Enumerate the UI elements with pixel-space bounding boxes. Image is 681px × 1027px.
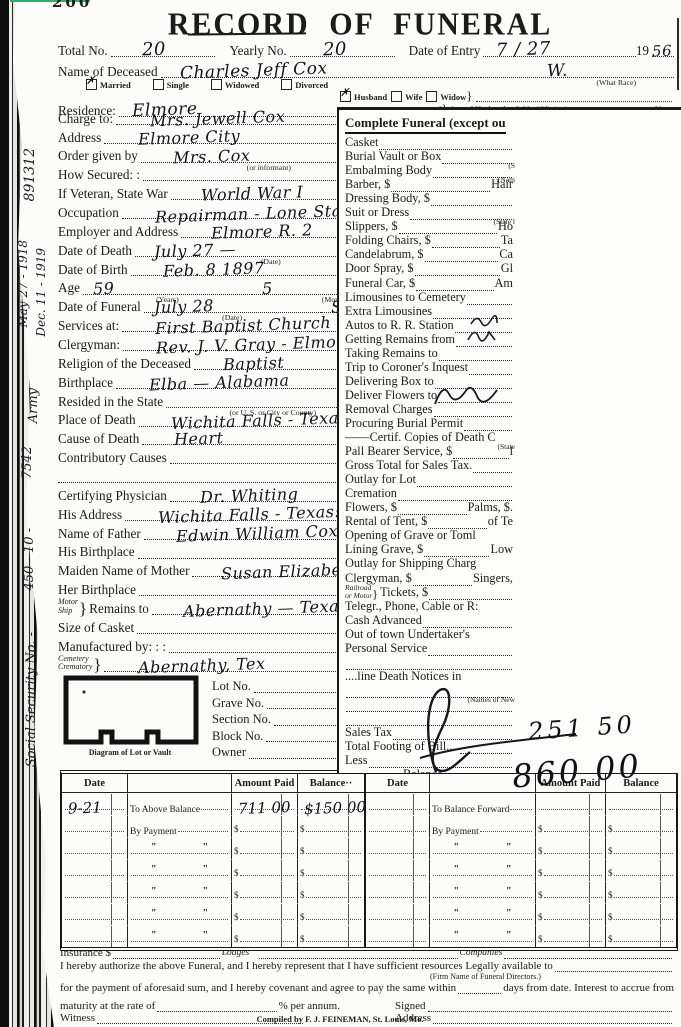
ledger-amount-cell: $ xyxy=(536,815,606,837)
charge-label: Limousines to Cemetery xyxy=(345,290,466,305)
ditto-marks: "" xyxy=(128,908,231,919)
ditto-marks: "" xyxy=(430,908,535,919)
ledger-amount-cell: $ xyxy=(536,903,606,925)
ledger-date-cell xyxy=(366,925,430,947)
margin-note-ssn-part: 450 - 10 - xyxy=(22,528,37,591)
leader-dots xyxy=(306,824,362,832)
ledger-date-cell xyxy=(366,903,430,925)
dollar-sign: $ xyxy=(300,868,305,878)
leader-dots xyxy=(369,824,426,832)
checkbox-option: ✗Married xyxy=(86,79,131,90)
ditto-marks: "" xyxy=(128,842,231,853)
leader-dots xyxy=(369,934,426,942)
leader-dots xyxy=(369,802,426,810)
charge-label: Outlay for Lot xyxy=(345,472,416,487)
ledger-balance-cell: $ xyxy=(606,859,676,881)
margin-note-branch: Army xyxy=(26,388,41,423)
checkbox: ✗ xyxy=(340,91,351,102)
charge-label: Casket xyxy=(345,135,378,150)
lot-row: Grave No. xyxy=(212,693,348,710)
ledger-description: To Balance Forward xyxy=(432,805,509,815)
dollar-sign: $ xyxy=(538,846,543,856)
authorization-line-2: for the payment of aforesaid sum, and I … xyxy=(60,982,674,994)
leader-dots xyxy=(614,934,674,942)
handwritten-entry: Heart xyxy=(174,429,224,450)
ledger-description-cell: "" xyxy=(128,925,232,947)
leader-dots xyxy=(65,824,124,832)
ledger-balance-cell: $150 00 xyxy=(298,793,364,815)
handwritten-entry: World War I xyxy=(201,183,304,206)
charge-line: Procuring Burial Permit xyxy=(345,417,513,431)
dotted-entry-line xyxy=(254,678,348,693)
handwritten-amount: 711 00 xyxy=(238,798,291,818)
dollar-sign: $ xyxy=(608,890,613,900)
charge-label: Deliver Flowers to xyxy=(345,388,437,403)
dollar-sign: $ xyxy=(538,934,543,944)
ledger-amount-cell: $ xyxy=(232,881,298,903)
charge-label-tail: Singers, xyxy=(473,571,513,586)
field-label: Address xyxy=(58,131,104,144)
charge-label: Outlay for Shipping Charg xyxy=(345,556,476,571)
lot-number-rows: Lot No.Grave No.Section No.Block No.Owne… xyxy=(212,676,348,759)
ledger-balance-cell: $ xyxy=(298,815,364,837)
checkbox-label: Husband xyxy=(354,92,387,102)
ledger-balance-cell: $ xyxy=(298,903,364,925)
firm-name-sublabel: (Firm Name of Funeral Directors.) xyxy=(430,972,541,981)
dollar-sign: $ xyxy=(234,890,239,900)
field-label: Total No. xyxy=(58,44,111,57)
ledger-balance-cell: $ xyxy=(298,925,364,947)
charge-label: Cash Advanced xyxy=(345,613,422,628)
ledger-column-header: Date xyxy=(62,774,128,793)
field-label: Signed xyxy=(395,1000,426,1012)
ledger-date-cell: 9-21 xyxy=(62,793,128,815)
charge-line: Flowers, $Palms, $. xyxy=(345,501,513,515)
lot-row: Lot No. xyxy=(212,676,348,693)
field-label: Block No. xyxy=(212,730,266,743)
handwritten-entry: Elmore City xyxy=(138,126,241,149)
ledger-date-cell xyxy=(62,925,128,947)
ledger-amount-cell xyxy=(536,793,606,815)
field-label: His Address xyxy=(58,508,125,521)
ledger-amount-cell: $ xyxy=(536,859,606,881)
charge-label: Autos to R. R. Station xyxy=(345,318,454,333)
scan-binding-edge-dark xyxy=(0,0,9,1027)
charge-label: Cremation xyxy=(345,486,397,501)
charge-line: Personal Service xyxy=(345,642,513,656)
spouse-checkboxes: ✗HusbandWifeWidow xyxy=(340,91,466,102)
leader-dots xyxy=(480,824,532,832)
leader-dots xyxy=(178,824,228,832)
charge-line xyxy=(345,656,513,670)
leader-dots xyxy=(479,604,512,614)
ledger-date-cell xyxy=(62,837,128,859)
charge-label: Telegr., Phone, Cable or R: xyxy=(345,599,478,614)
charge-label: Lining Grave, $ xyxy=(345,542,423,557)
field-label: Address xyxy=(395,1012,431,1024)
lot-row: Section No. xyxy=(212,709,348,726)
leader-dots xyxy=(306,912,362,920)
itemized-charges-list: Complete Funeral (except ou CasketBurial… xyxy=(345,114,513,773)
charge-label: Slippers, $ xyxy=(345,219,398,234)
field-sublabel: (State l xyxy=(494,217,515,226)
ledger-description-cell: "" xyxy=(128,859,232,881)
checkbox-mark: ✗ xyxy=(86,74,95,87)
ledger-amount-cell: $ xyxy=(536,925,606,947)
lot-row: Owner xyxy=(212,742,348,759)
dollar-sign: $ xyxy=(608,824,613,834)
entry-numbers-row: Total No. 20 Yearly No. 20 Date of Entry… xyxy=(58,36,674,57)
dotted-entry-line: July 28(Date) xyxy=(144,298,321,313)
field-label: Place of Death xyxy=(58,413,139,426)
field-label: Size of Casket xyxy=(58,621,137,634)
field-label: Services at: xyxy=(58,319,122,332)
dollar-sign: $ xyxy=(538,868,543,878)
margin-note-service-date: Dec. 11 - 1919 xyxy=(34,248,48,337)
field-label: Age xyxy=(58,281,83,294)
leader-dots xyxy=(539,802,602,810)
dollar-sign: $ xyxy=(300,824,305,834)
leader-dots xyxy=(614,824,674,832)
charge-line: Cremation xyxy=(345,487,513,501)
charge-label: Opening of Grave or Toml xyxy=(345,528,476,543)
dollar-sign: $ xyxy=(538,912,543,922)
charge-line: Outlay for Shipping Charg xyxy=(345,557,513,571)
leader-dots xyxy=(417,476,512,487)
ledger-amount-cell: $ xyxy=(536,881,606,903)
checkbox: ✗ xyxy=(86,79,97,90)
charge-label-tail: Palms, $. xyxy=(468,500,513,515)
leader-dots xyxy=(467,294,512,305)
leader-dots xyxy=(544,846,603,854)
leader-dots xyxy=(240,912,295,920)
margin-note-service-date: May 27 - 1918 xyxy=(16,240,30,328)
ledger-balance-cell: $ xyxy=(298,859,364,881)
charge-label: Personal Service xyxy=(345,641,427,656)
ditto-marks: "" xyxy=(430,930,535,941)
legal-text: for the payment of aforesaid sum, and I … xyxy=(60,982,456,994)
charge-label: Door Spray, $ xyxy=(345,261,414,276)
leader-dots xyxy=(306,868,362,876)
charge-label: Trip to Coroner's Inquest xyxy=(345,360,468,375)
field-label: Contributory Causes xyxy=(58,451,170,464)
charge-label-tail: Low xyxy=(490,542,513,557)
leader-dots xyxy=(544,868,603,876)
field-label: If Veteran, State War xyxy=(58,187,171,200)
field-label: Yearly No. xyxy=(215,44,289,57)
field-sublabel: (or informant) xyxy=(247,163,291,172)
leader-dots xyxy=(240,846,295,854)
field-label: Grave No. xyxy=(212,697,267,710)
ledger-balance-cell xyxy=(606,793,676,815)
ledger-balance-cell: $ xyxy=(298,881,364,903)
lot-vault-diagram xyxy=(62,674,200,748)
dollar-sign: $ xyxy=(300,846,305,856)
charge-line: Funeral Car, $Am xyxy=(345,276,513,290)
leader-dots xyxy=(369,912,426,920)
ditto-marks: "" xyxy=(128,886,231,897)
checkbox xyxy=(153,79,164,90)
scanned-funeral-record-page: 200 RECORD OF FUNERAL Total No. 20 Yearl… xyxy=(0,0,681,1027)
field-label: Owner xyxy=(212,746,249,759)
dollar-sign: $ xyxy=(234,934,239,944)
charge-label-tail: Gl xyxy=(501,261,513,276)
charge-label: Burial Vault or Box xyxy=(345,149,441,164)
dollar-sign: $ xyxy=(608,846,613,856)
charge-label: Folding Chairs, $ xyxy=(345,233,431,248)
leader-dots xyxy=(614,846,674,854)
leader-dots xyxy=(544,890,603,898)
field-label: His Birthplace xyxy=(58,545,138,558)
handwritten-entry: July 27 — xyxy=(154,239,237,261)
dollar-sign: $ xyxy=(538,890,543,900)
dollar-sign: $ xyxy=(300,890,305,900)
ledger-balance-cell: $ xyxy=(606,881,676,903)
dotted-entry-line: 59(Years) xyxy=(83,280,252,295)
ledger-balance-cell: $ xyxy=(606,925,676,947)
leader-dots xyxy=(614,912,674,920)
brace: } xyxy=(93,658,103,672)
leader-dots xyxy=(544,912,603,920)
charge-label: Barber, $ xyxy=(345,177,390,192)
checkbox-option: Wife xyxy=(391,91,422,102)
witness-line: Witness xyxy=(60,1012,305,1024)
charge-line: Dressing Body, $ xyxy=(345,192,513,206)
charge-line: Trip to Coroner's Inquest xyxy=(345,361,513,375)
leader-dots xyxy=(469,364,512,375)
charge-line: Opening of Grave or Toml xyxy=(345,529,513,543)
checkbox-label: Widow xyxy=(440,92,466,102)
legal-text: I hereby authorize the above Funeral, an… xyxy=(60,960,553,972)
handwritten-entry: Feb. 8 1897 xyxy=(163,258,265,281)
charge-label: Out of town Undertaker's xyxy=(345,627,470,642)
charge-line: Pall Bearer Service, $l xyxy=(345,445,513,459)
charge-label: Pall Bearer Service, $ xyxy=(345,444,452,459)
charge-line: Casket xyxy=(345,136,513,150)
charge-line: Lining Grave, $Low xyxy=(345,543,513,557)
ditto-marks: "" xyxy=(430,864,535,875)
ledger-description-cell: "" xyxy=(430,837,536,859)
marital-status-checkboxes: ✗MarriedSingleWidowedDivorced xyxy=(58,78,674,91)
ledger-column-header xyxy=(128,774,232,793)
checkbox xyxy=(391,91,402,102)
field-label: Date of Death xyxy=(58,244,135,257)
charge-label: Rental of Tent, $ xyxy=(345,514,427,529)
handwritten-entry: Mrs. Cox xyxy=(173,145,251,167)
field-label: Date of Funeral xyxy=(58,300,144,313)
ledger-amount-cell: $ xyxy=(232,903,298,925)
charge-line: Burial Vault or Box(S xyxy=(345,150,513,164)
dotted-entry-line xyxy=(266,727,348,742)
leader-dots xyxy=(442,153,512,164)
charge-label: Sales Tax xyxy=(345,725,392,740)
dollar-sign: $ xyxy=(300,912,305,922)
handwritten-entry: 20 xyxy=(323,39,348,61)
legal-text: maturity at the rate of xyxy=(60,1000,155,1012)
checkbox xyxy=(426,91,437,102)
leader-dots xyxy=(415,265,500,276)
ledger-column-header: Amount Paid xyxy=(232,774,298,793)
ledger-description-cell: To Above Balance xyxy=(128,793,232,815)
charge-label-tail: Ca xyxy=(499,247,513,262)
lot-diagram-area: Diagram of Lot or Vault Lot No.Grave No.… xyxy=(60,674,350,764)
margin-note-ssn-part: 7542 xyxy=(20,446,35,479)
charge-label-tail: Am xyxy=(495,276,513,291)
ditto-marks: "" xyxy=(430,842,535,853)
year-prefix: 19 xyxy=(636,44,652,57)
lot-row: Block No. xyxy=(212,726,348,743)
leader-dots xyxy=(240,824,295,832)
handwritten-entry: 7 / 27 xyxy=(495,38,551,61)
handwritten-entry: 59 xyxy=(93,278,115,298)
charge-line: Telegr., Phone, Cable or R: xyxy=(345,600,513,614)
stacked-label: Railroador Motor xyxy=(345,584,372,600)
field-label: Religion of the Deceased xyxy=(58,357,194,370)
slip-title: Complete Funeral (except ou xyxy=(345,115,506,134)
field-label: Order given by xyxy=(58,149,141,162)
checkbox-label: Married xyxy=(100,80,131,90)
legal-text: days from date. Interest to accrue from xyxy=(503,982,674,994)
field-label: How Secured: : xyxy=(58,168,143,181)
ledger-date-cell xyxy=(62,903,128,925)
ledger-date-cell xyxy=(62,859,128,881)
leader-dots xyxy=(425,251,499,262)
handwritten-entry: 20 xyxy=(142,39,167,61)
charge-line: Candelabrum, $Ca xyxy=(345,248,513,262)
charge-label-tail: Ta xyxy=(501,233,513,248)
leader-dots xyxy=(473,462,512,473)
ledger-balance-cell: $ xyxy=(298,837,364,859)
leader-dots xyxy=(65,890,124,898)
form-header-block: Total No. 20 Yearly No. 20 Date of Entry… xyxy=(58,36,674,117)
pen-scribble xyxy=(431,378,501,412)
authorization-line-3: maturity at the rate of % per annum. xyxy=(60,1000,340,1012)
ledger-balance-cell: $ xyxy=(606,903,676,925)
stacked-label: CemeteryCrematory xyxy=(58,655,93,672)
field-label: Resided in the State xyxy=(58,395,166,408)
ledger-description-cell: "" xyxy=(430,903,536,925)
checkbox-option: Divorced xyxy=(281,79,328,90)
charge-label: Funeral Car, $ xyxy=(345,276,415,291)
charge-label: Taking Remains to xyxy=(345,346,438,361)
charge-label: Flowers, $ xyxy=(345,500,397,515)
legal-text: % per annum. xyxy=(279,1000,340,1012)
charge-label: Dressing Body, $ xyxy=(345,191,430,206)
leader-dots xyxy=(432,237,500,248)
ledger-description-cell: "" xyxy=(430,881,536,903)
ledger-description-cell: "" xyxy=(430,859,536,881)
ledger-amount-cell: $ xyxy=(232,815,298,837)
leader-dots xyxy=(609,802,673,810)
leader-dots xyxy=(306,890,362,898)
leader-dots xyxy=(369,890,426,898)
charge-line: Barber, $Hair xyxy=(345,178,513,192)
charge-label: Candelabrum, $ xyxy=(345,247,424,262)
field-label: Section No. xyxy=(212,713,274,726)
checkbox-label: Wife xyxy=(405,92,422,102)
charge-line: Gross Total for Sales Tax. xyxy=(345,459,513,473)
ledger-date-cell xyxy=(62,815,128,837)
payment-ledger-table: DateAmount PaidBalance··9-21To Above Bal… xyxy=(60,770,678,951)
name-row: Name of Deceased Charles Jeff Cox W.(Wha… xyxy=(58,57,674,78)
leader-dots xyxy=(65,912,124,920)
ledger-balance-cell: $ xyxy=(606,837,676,859)
charge-line: Door Spray, $Gl xyxy=(345,262,513,276)
leader-dots xyxy=(510,802,532,810)
dollar-sign: $ xyxy=(608,912,613,922)
field-label: Birthplace xyxy=(58,376,116,389)
leader-dots xyxy=(614,890,674,898)
leader-dots xyxy=(65,868,124,876)
field-label: Employer and Address xyxy=(58,225,181,238)
field-sublabel: (What Race) xyxy=(596,78,636,87)
leader-dots xyxy=(65,934,124,942)
charge-line: Embalming Body(Nam xyxy=(345,164,513,178)
field-sublabel: (S xyxy=(508,161,515,170)
charge-line: Rental of Tent, $of Te xyxy=(345,515,513,529)
ledger-amount-cell: $ xyxy=(232,859,298,881)
handwritten-corner-mark: 200 xyxy=(52,0,92,8)
charge-label: ——Certif. Copies of Death C xyxy=(345,430,496,445)
checkbox xyxy=(281,79,292,90)
charge-line: Slippers, $Ho xyxy=(345,220,513,234)
charge-label-tail: of Te xyxy=(488,514,513,529)
field-label: Lot No. xyxy=(212,680,254,693)
charge-line: Taking Remains to xyxy=(345,347,513,361)
charge-line: Outlay for Lot xyxy=(345,473,513,487)
charge-label: Getting Remains from xyxy=(345,332,455,347)
margin-note-ssn-label: Social Security No. - xyxy=(24,632,39,767)
ledger-description-cell: To Balance Forward xyxy=(430,793,536,815)
field-label: Certifying Physician xyxy=(58,489,170,502)
diagram-caption: Diagram of Lot or Vault xyxy=(60,748,200,757)
field-sublabel: (Nam xyxy=(498,175,515,184)
charge-label: Suit or Dress xyxy=(345,205,409,220)
handwritten-balance: $150 00 xyxy=(304,798,367,818)
brace: } xyxy=(79,602,89,616)
field-label: Clergyman: xyxy=(58,338,123,351)
dollar-sign: $ xyxy=(608,934,613,944)
leader-dots xyxy=(614,868,674,876)
ledger-description-cell: "" xyxy=(128,881,232,903)
leader-dots xyxy=(240,934,295,942)
ledger-date-cell xyxy=(62,881,128,903)
leader-dots xyxy=(544,824,603,832)
leader-dots xyxy=(431,195,512,206)
charge-label: Removal Charges xyxy=(345,402,433,417)
field-label: Name of Deceased xyxy=(58,65,161,78)
leader-dots xyxy=(306,934,362,942)
ledger-amount-cell: $ xyxy=(232,837,298,859)
leader-dots xyxy=(369,846,426,854)
field-label: Cause of Death xyxy=(58,432,142,445)
field-label: Maiden Name of Mother xyxy=(58,564,192,577)
dotted-entry-line xyxy=(267,694,348,709)
ledger-description-cell: "" xyxy=(128,837,232,859)
field-label: Date of Birth xyxy=(58,263,131,276)
dollar-sign: $ xyxy=(234,912,239,922)
ledger-description-cell: "" xyxy=(430,925,536,947)
ditto-marks: "" xyxy=(128,930,231,941)
charge-line: Cash Advanced xyxy=(345,614,513,628)
charge-line: Out of town Undertaker's xyxy=(345,628,513,642)
field-label: Name of Father xyxy=(58,527,144,540)
field-label: Witness xyxy=(60,1012,95,1024)
signed-line: Signed xyxy=(395,1000,674,1012)
margin-note-serial-number: 891312 xyxy=(22,148,38,201)
handwritten-date: 9-21 xyxy=(68,798,102,817)
leader-dots xyxy=(240,868,295,876)
